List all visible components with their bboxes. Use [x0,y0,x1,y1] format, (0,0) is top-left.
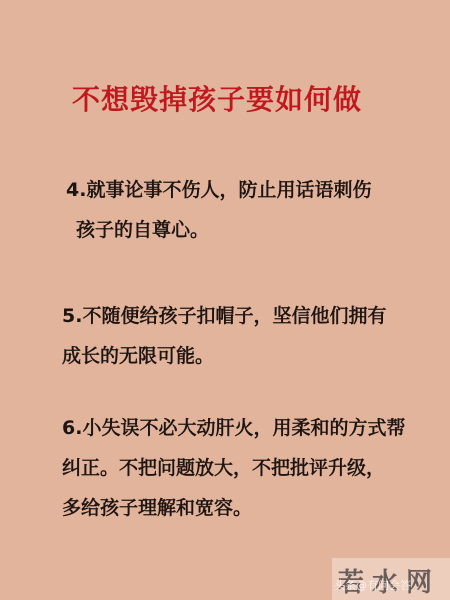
watermark-source: 头条@有问会答 [334,577,411,593]
tip-line: 成长的无限可能。 [62,336,386,376]
tip-line: 纠正。不把问题放大，不把批评升级， [62,448,405,488]
tip-item-6: 6.小失误不必大动肝火，用柔和的方式帮 纠正。不把问题放大，不把批评升级， 多给… [62,408,405,528]
tip-line: 多给孩子理解和宽容。 [62,488,405,528]
page-title: 不想毁掉孩子要如何做 [72,78,362,118]
tip-line: 5.不随便给孩子扣帽子，坚信他们拥有 [62,296,386,336]
tip-item-4: 4.就事论事不伤人，防止用话语刺伤 孩子的自尊心。 [62,170,371,250]
tip-line: 4.就事论事不伤人，防止用话语刺伤 [62,170,371,210]
tip-line: 6.小失误不必大动肝火，用柔和的方式帮 [62,408,405,448]
tip-line: 孩子的自尊心。 [62,210,371,250]
tip-item-5: 5.不随便给孩子扣帽子，坚信他们拥有 成长的无限可能。 [62,296,386,376]
